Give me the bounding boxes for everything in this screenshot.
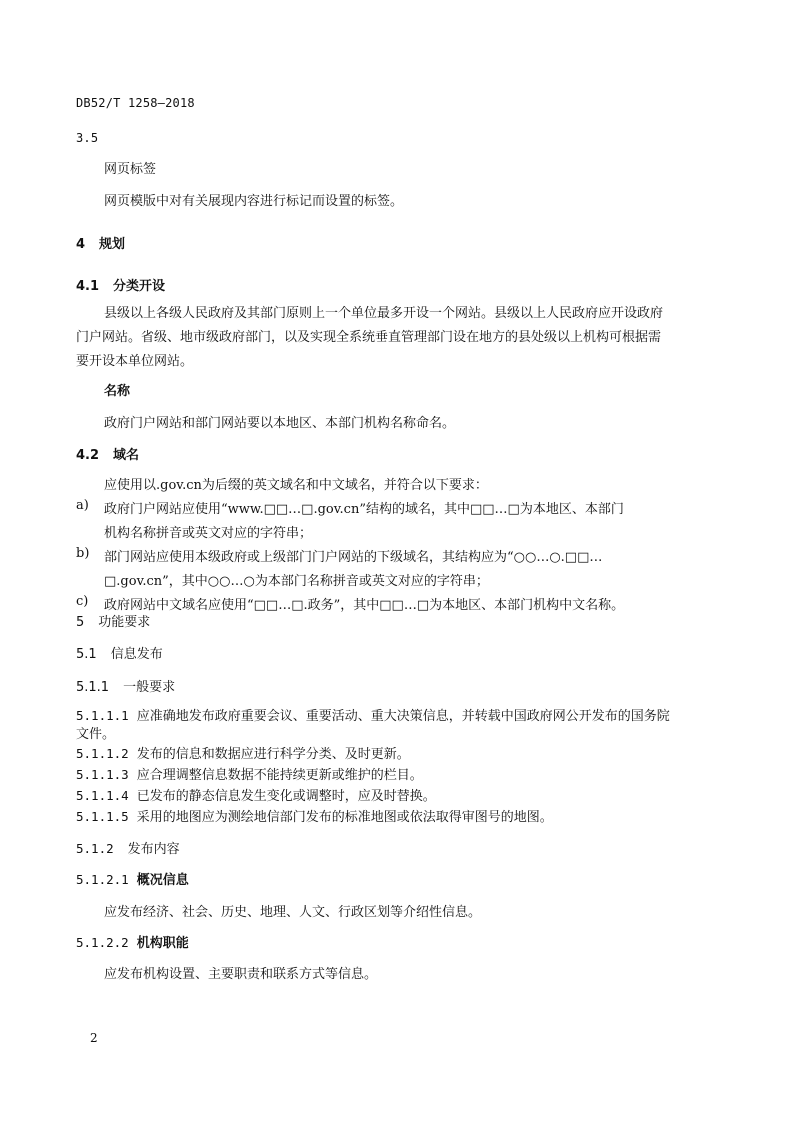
section-heading-4: 4规划 xyxy=(76,233,125,252)
clause-line: 文件。 xyxy=(76,723,115,742)
section-title: 功能要求 xyxy=(98,615,150,630)
list-item-line: □.gov.cn”，其中○○…○为本部门名称拼音或英文对应的字符串； xyxy=(104,570,489,589)
paragraph-line: 要开设本单位网站。 xyxy=(76,350,193,369)
document-id-header: DB52/T 1258—2018 xyxy=(76,96,195,110)
clause-5-1-1-2: 5.1.1.2发布的信息和数据应进行科学分类、及时更新。 xyxy=(76,743,410,762)
section-number: 5.1.2 xyxy=(76,841,114,856)
section-number: 5.1.1 xyxy=(76,680,109,695)
list-label: b) xyxy=(76,546,89,561)
clause-text: 发布的信息和数据应进行科学分类、及时更新。 xyxy=(137,747,410,762)
clause-5-1-1-4: 5.1.1.4已发布的静态信息发生变化或调整时，应及时替换。 xyxy=(76,785,436,804)
list-item-line: 机构名称拼音或英文对应的字符串； xyxy=(104,522,312,541)
subsection-paragraph: 政府门户网站和部门网站要以本地区、本部门机构名称命名。 xyxy=(104,412,455,431)
clause-text: 应准确地发布政府重要会议、重要活动、重大决策信息，并转载中国政府网公开发布的国务… xyxy=(137,709,670,724)
section-number: 4.2 xyxy=(76,448,99,463)
section-heading-5-1-2: 5.1.2发布内容 xyxy=(76,838,180,857)
list-label: c) xyxy=(76,594,88,609)
term-title: 网页标签 xyxy=(104,158,156,177)
clause-number: 5.1.1.5 xyxy=(76,809,129,824)
clause-number: 5.1.1.1 xyxy=(76,708,129,723)
section-title: 域名 xyxy=(113,448,139,463)
section-number: 5 xyxy=(76,615,84,630)
clause-text: 已发布的静态信息发生变化或调整时，应及时替换。 xyxy=(137,789,436,804)
clause-number: 5.1.1.3 xyxy=(76,767,129,782)
clause-number-3-5: 3.5 xyxy=(76,131,98,145)
clause-title: 机构职能 xyxy=(137,936,189,951)
term-definition: 网页模版中对有关展现内容进行标记而设置的标签。 xyxy=(104,190,403,209)
clause-5-1-1-5: 5.1.1.5采用的地图应为测绘地信部门发布的标准地图或依法取得审图号的地图。 xyxy=(76,806,553,825)
section-number: 4.1 xyxy=(76,279,99,294)
clause-heading-5-1-2-1: 5.1.2.1概况信息 xyxy=(76,869,189,888)
section-heading-5: 5功能要求 xyxy=(76,611,150,630)
list-item-line: 部门网站应使用本级政府或上级部门门户网站的下级域名，其结构应为“○○…○.□□… xyxy=(104,546,602,565)
subsection-title-naming: 名称 xyxy=(104,380,130,399)
section-title: 信息发布 xyxy=(111,647,163,662)
paragraph-line: 门户网站。省级、地市级政府部门，以及实现全系统垂直管理部门设在地方的县处级以上机… xyxy=(76,326,661,345)
paragraph-line: 县级以上各级人民政府及其部门原则上一个单位最多开设一个网站。县级以上人民政府应开… xyxy=(104,302,663,321)
clause-number: 5.1.2.2 xyxy=(76,935,129,950)
list-item-line: 政府门户网站应使用“www.□□…□.gov.cn”结构的域名，其中□□…□为本… xyxy=(104,498,624,517)
clause-paragraph: 应发布经济、社会、历史、地理、人文、行政区划等介绍性信息。 xyxy=(104,901,481,920)
list-label: a) xyxy=(76,498,89,513)
section-title: 发布内容 xyxy=(128,842,180,857)
section-title: 分类开设 xyxy=(113,279,165,294)
list-item-line: 政府网站中文域名应使用“□□…□.政务”，其中□□…□为本地区、本部门机构中文名… xyxy=(104,594,624,613)
clause-5-1-1-3: 5.1.1.3应合理调整信息数据不能持续更新或维护的栏目。 xyxy=(76,764,423,783)
clause-title: 概况信息 xyxy=(137,873,189,888)
section-heading-4-2: 4.2域名 xyxy=(76,444,139,463)
section-title: 一般要求 xyxy=(123,680,175,695)
clause-line: 5.1.1.1应准确地发布政府重要会议、重要活动、重大决策信息，并转载中国政府网… xyxy=(76,705,670,724)
section-number: 4 xyxy=(76,237,85,252)
list-intro: 应使用以.gov.cn为后缀的英文域名和中文域名，并符合以下要求： xyxy=(104,474,488,493)
clause-paragraph: 应发布机构设置、主要职责和联系方式等信息。 xyxy=(104,963,377,982)
clause-number: 5.1.1.4 xyxy=(76,788,129,803)
page-number: 2 xyxy=(90,1031,98,1045)
section-number: 5.1 xyxy=(76,647,97,662)
clause-text: 应合理调整信息数据不能持续更新或维护的栏目。 xyxy=(137,768,423,783)
clause-number: 5.1.2.1 xyxy=(76,872,129,887)
section-heading-4-1: 4.1分类开设 xyxy=(76,275,165,294)
section-heading-5-1-1: 5.1.1一般要求 xyxy=(76,676,175,695)
section-heading-5-1: 5.1信息发布 xyxy=(76,643,163,662)
clause-number: 5.1.1.2 xyxy=(76,746,129,761)
clause-text: 采用的地图应为测绘地信部门发布的标准地图或依法取得审图号的地图。 xyxy=(137,810,553,825)
section-title: 规划 xyxy=(99,237,125,252)
clause-heading-5-1-2-2: 5.1.2.2机构职能 xyxy=(76,932,189,951)
